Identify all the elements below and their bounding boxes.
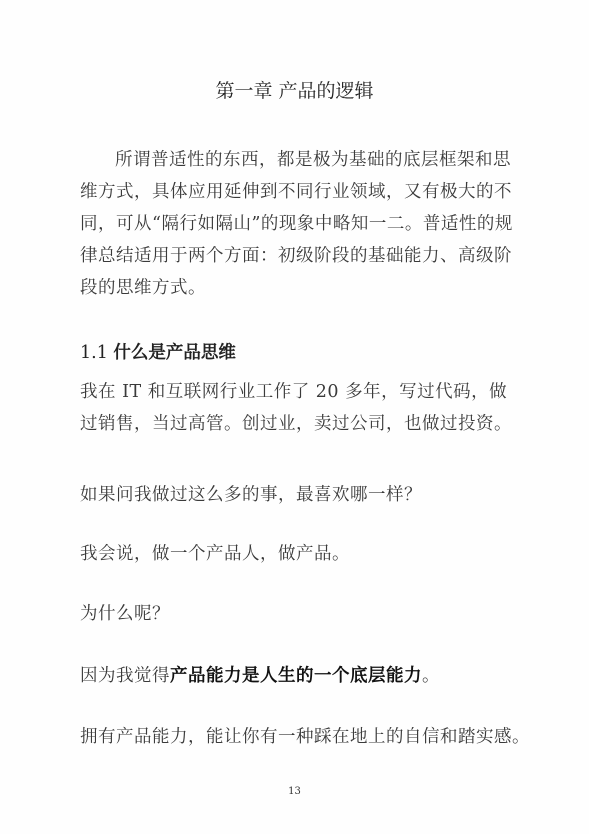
intro-paragraph: 所谓普适性的东西，都是极为基础的底层框架和思维方式，具体应用延伸到不同行业领域，… — [80, 144, 520, 304]
emphasis-suffix: 。 — [422, 666, 440, 686]
emphasis-prefix: 因为我觉得 — [80, 666, 170, 686]
section-heading: 1.1 什么是产品思维 — [80, 339, 236, 364]
paragraph-career: 我在 IT 和互联网行业工作了 20 多年，写过代码，做过销售，当过高管。创过业… — [80, 376, 520, 440]
section-title: 什么是产品思维 — [113, 343, 236, 363]
document-page: 第一章 产品的逻辑 所谓普适性的东西，都是极为基础的底层框架和思维方式，具体应用… — [0, 0, 589, 834]
paragraph-closing: 拥有产品能力，能让你有一种踩在地上的自信和踏实感。 — [80, 723, 530, 748]
paragraph-answer: 我会说，做一个产品人，做产品。 — [80, 540, 350, 565]
emphasis-bold-text: 产品能力是人生的一个底层能力 — [170, 666, 422, 686]
section-number: 1.1 — [80, 343, 108, 363]
page-number: 13 — [0, 786, 589, 797]
paragraph-why: 为什么呢？ — [80, 600, 170, 625]
paragraph-question: 如果问我做过这么多的事，最喜欢哪一样？ — [80, 481, 422, 506]
chapter-title: 第一章 产品的逻辑 — [0, 76, 589, 103]
paragraph-emphasis: 因为我觉得产品能力是人生的一个底层能力。 — [80, 662, 440, 687]
